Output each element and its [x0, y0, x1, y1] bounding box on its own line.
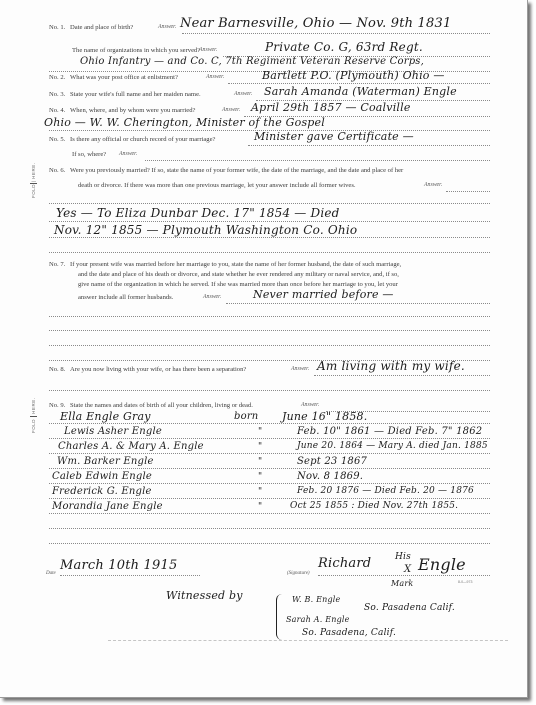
q5-number: No. 5.	[49, 137, 65, 144]
q2-answer: Bartlett P.O. (Plymouth) Ohio —	[262, 70, 445, 81]
child-ditto: born	[234, 412, 258, 422]
q7-label-line1: If your present wife was married before …	[70, 262, 401, 269]
q1b-answer-label: Answer.	[199, 48, 217, 54]
fold-text: HERE.	[31, 398, 36, 414]
q7-answer-line-3	[49, 330, 490, 331]
child-name: Charles A. & Mary A. Engle	[58, 442, 204, 452]
q2-number: No. 2.	[49, 75, 65, 82]
fold-line	[30, 416, 37, 417]
q6-label-line1: Were you previously married? If so, stat…	[70, 168, 403, 175]
child-line	[49, 513, 490, 514]
q1-answer-line	[182, 33, 490, 34]
fold-line	[30, 183, 37, 184]
q7-answer: Never married before —	[253, 289, 394, 300]
witness-brace	[276, 594, 283, 640]
signature-last-name: Engle	[418, 557, 466, 573]
q5-answer-line	[248, 145, 490, 146]
child-ditto: "	[258, 458, 262, 467]
q6-answer-line-3	[49, 221, 490, 222]
child-line	[49, 543, 490, 544]
witness-2-name: Sarah A. Engle	[286, 616, 350, 624]
q1-answer: Near Barnesville, Ohio — Nov. 9th 1831	[180, 17, 451, 30]
child-name: Caleb Edwin Engle	[52, 472, 152, 482]
signature-label: (Signature)	[287, 571, 310, 576]
witness-label: Witnessed by	[166, 590, 243, 601]
q1b-label: The name of organizations in which you s…	[72, 48, 200, 55]
child-name: Morandia Jane Engle	[52, 502, 163, 512]
q2-answer-line	[228, 83, 490, 84]
q6-answer-line2: Nov. 12" 1855 — Plymouth Washington Co. …	[54, 224, 357, 236]
child-date: June 16" 1858.	[282, 411, 367, 422]
q1-number: No. 1.	[49, 25, 65, 32]
q1b-answer: Private Co. G, 63rd Regt.	[265, 41, 423, 53]
date-line	[60, 575, 200, 576]
q7-answer-line	[226, 303, 490, 304]
q1-answer-label: Answer.	[158, 25, 176, 31]
child-date: Sept 23 1867	[297, 457, 367, 467]
q6-answer-line	[446, 191, 490, 192]
fold-text: HERE.	[31, 163, 36, 179]
child-ditto: "	[258, 503, 262, 512]
q9-label: State the names and dates of birth of al…	[70, 403, 253, 410]
q4-label: When, where, and by whom were you marrie…	[70, 108, 195, 115]
child-line	[49, 483, 490, 484]
q6-answer-line-4	[49, 237, 490, 238]
child-name: Wm. Barker Engle	[57, 457, 154, 467]
q8-answer-line	[314, 375, 490, 376]
child-line	[49, 423, 490, 424]
q1-label: Date and place of birth?	[70, 25, 133, 32]
q8-answer-line-2	[49, 390, 490, 391]
q6-answer-label: Answer.	[424, 183, 442, 189]
q4-number: No. 4.	[49, 108, 65, 115]
child-name: Lewis Asher Engle	[64, 427, 162, 437]
q9-answer-label: Answer.	[301, 403, 319, 409]
q3-number: No. 3.	[49, 92, 65, 99]
witness-1-name: W. B. Engle	[292, 596, 340, 604]
fold-text: FOLD	[31, 419, 36, 433]
child-ditto: "	[258, 488, 262, 497]
child-ditto: "	[258, 428, 262, 437]
child-ditto: "	[258, 443, 262, 452]
paper-edge-mark	[108, 640, 508, 642]
date-label: Date	[46, 571, 56, 576]
q6-answer-line-2	[49, 203, 490, 204]
q4-answer-label: Answer.	[222, 108, 240, 114]
signature-line	[318, 575, 490, 576]
form-code: 8-0—973	[458, 580, 472, 584]
q6-label-line2: death or divorce. If there was more than…	[78, 183, 356, 190]
q9-number: No. 9.	[49, 403, 65, 410]
q5-sub-answer-line	[145, 160, 490, 161]
child-name: Ella Engle Gray	[60, 411, 151, 422]
q7-label-line4: answer include all former husbands.	[78, 295, 173, 302]
child-line	[49, 498, 490, 499]
signature-mark: Mark	[391, 580, 413, 588]
child-name: Frederick G. Engle	[52, 487, 152, 497]
q7-answer-line-2	[49, 316, 490, 317]
q3-answer-label: Answer.	[234, 92, 252, 98]
q3-label: State your wife's full name and her maid…	[70, 92, 201, 99]
q6-number: No. 6.	[49, 168, 65, 175]
signature-first-name: Richard	[318, 557, 371, 570]
fold-here-mark: FOLD | HERE.	[31, 163, 36, 198]
q5-answer: Minister gave Certificate —	[254, 131, 414, 142]
signature-x-mark: X	[404, 565, 411, 575]
witness-2-location: So. Pasadena, Calif.	[302, 629, 396, 638]
fold-text: FOLD	[31, 184, 36, 198]
q1b-answer-cont: Ohio Infantry — and Co. C, 7th Regiment …	[80, 57, 424, 67]
q8-answer: Am living with my wife.	[317, 360, 465, 372]
child-line	[49, 528, 490, 529]
q7-label-line2: and the date and place of his death or d…	[78, 272, 399, 279]
date-value: March 10th 1915	[60, 559, 177, 572]
q7-answer-label: Answer.	[203, 295, 221, 301]
child-date: June 20. 1864 — Mary A. died Jan. 1885	[297, 442, 488, 451]
child-date: Feb. 10" 1861 — Died Feb. 7" 1862	[297, 427, 482, 437]
child-date: Feb. 20 1876 — Died Feb. 20 — 1876	[297, 487, 474, 496]
q7-number: No. 7.	[49, 262, 65, 269]
q5-sub-answer-label: Answer.	[119, 152, 137, 158]
q6-answer-line1: Yes — To Eliza Dunbar Dec. 17" 1854 — Di…	[56, 207, 340, 219]
child-line	[49, 438, 490, 439]
q2-label: What was your post office at enlistment?	[70, 75, 178, 82]
q8-label: Are you now living with your wife, or ha…	[70, 367, 246, 374]
q4-answer-cont: Ohio — W. W. Cherington, Minister of the…	[44, 117, 325, 128]
child-line	[49, 468, 490, 469]
q4-answer: April 29th 1857 — Coalville	[251, 102, 411, 113]
document-page: No. 1. Date and place of birth? Answer. …	[0, 0, 528, 698]
q5-sub-label: If so, where?	[72, 152, 106, 159]
child-line	[49, 453, 490, 454]
q7-answer-line-4	[49, 345, 490, 346]
q5-label: Is there any official or church record o…	[70, 137, 215, 144]
child-ditto: "	[258, 473, 262, 482]
q6-answer-line-5	[49, 252, 490, 253]
q8-answer-label: Answer.	[291, 367, 309, 373]
child-date: Nov. 8 1869.	[297, 472, 363, 482]
signature-his: His	[395, 553, 411, 562]
child-date: Oct 25 1855 : Died Nov. 27th 1855.	[290, 502, 458, 511]
q3-answer: Sarah Amanda (Waterman) Engle	[264, 86, 457, 97]
q2-answer-label: Answer.	[206, 75, 224, 81]
q8-number: No. 8.	[49, 367, 65, 374]
witness-1-location: So. Pasadena Calif.	[364, 604, 455, 613]
